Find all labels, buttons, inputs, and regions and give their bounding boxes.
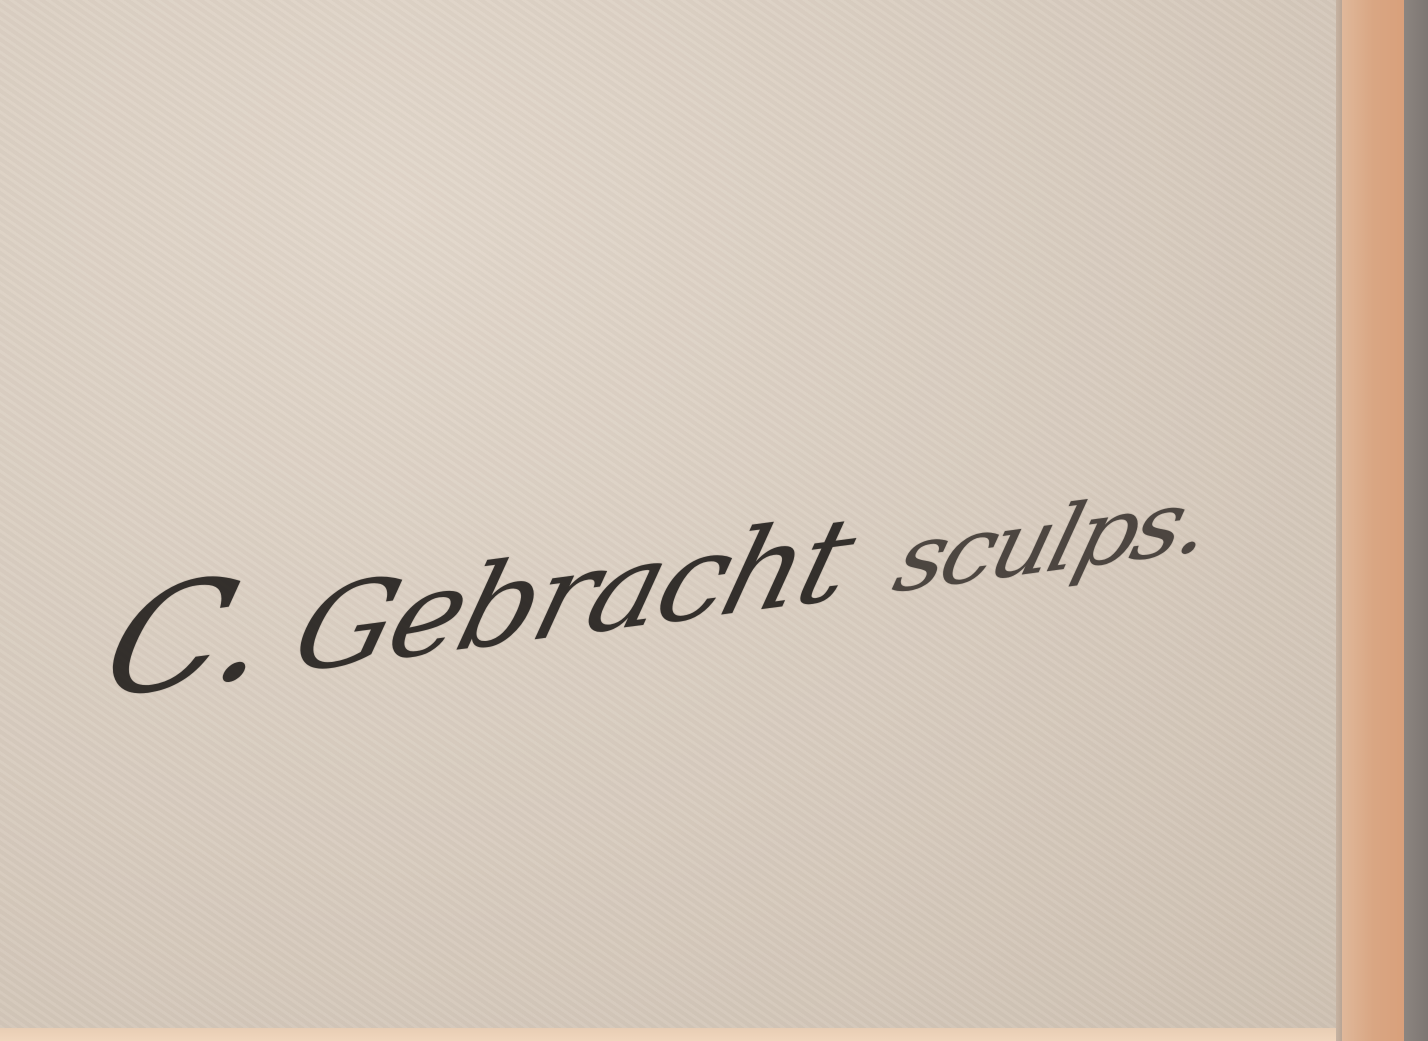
mat-right-edge: [1342, 0, 1404, 1041]
mat-bottom-edge: [0, 1028, 1340, 1041]
frame-edge: [1404, 0, 1428, 1041]
